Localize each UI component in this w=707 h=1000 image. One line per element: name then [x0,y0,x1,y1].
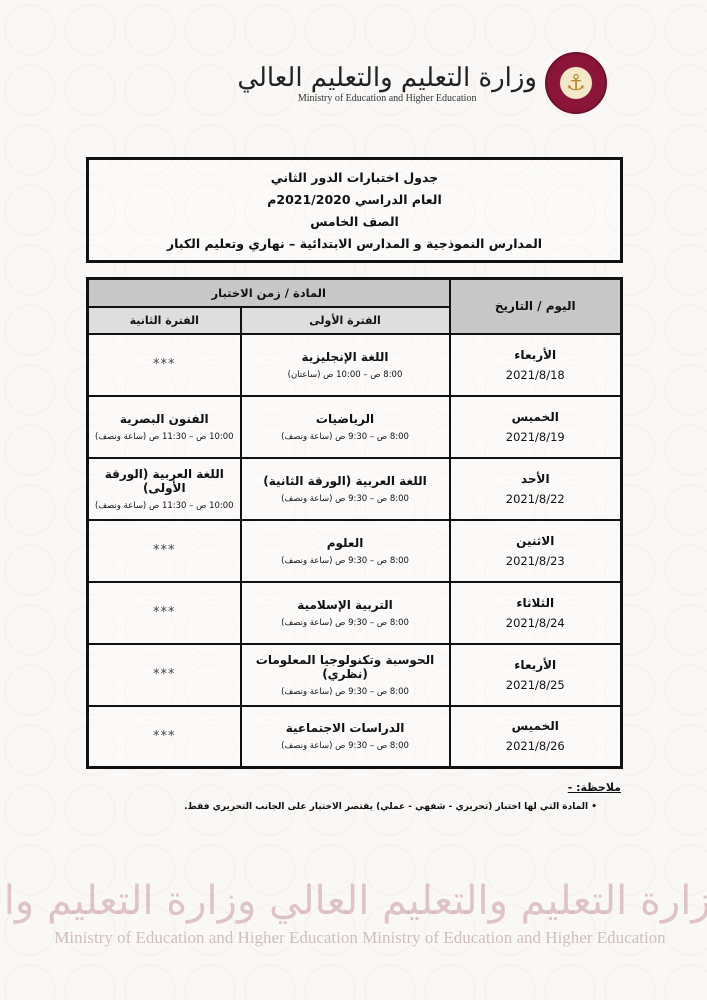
qatar-emblem-icon: ⚓ [545,52,607,114]
period-2-time: 10:00 ص – 11:30 ص (ساعة ونصف) [89,432,240,442]
period-2-subject: الفنون البصرية [89,412,240,426]
table-row: الخميس 2021/8/19 الرياضيات 8:00 ص – 9:30… [88,396,622,458]
period-2-subject: اللغة العربية (الورقة الأولى) [89,467,240,495]
period-1-subject: العلوم [242,536,449,550]
header-period-2: الفترة الثانية [88,307,241,334]
empty-slot: *** [89,729,240,744]
period-1-cell: التربية الإسلامية 8:00 ص – 9:30 ص (ساعة … [241,582,450,644]
exam-date: 2021/8/23 [451,554,621,568]
watermark-arabic: وزارة التعليم والتعليم العالي وزارة التع… [0,878,707,924]
exam-date: 2021/8/22 [451,492,621,506]
title-line-4: المدارس النموذجية و المدارس الابتدائية –… [89,236,620,251]
period-1-cell: العلوم 8:00 ص – 9:30 ص (ساعة ونصف) [241,520,450,582]
day-name: الأربعاء [451,658,621,672]
ministry-name-arabic: وزارة التعليم والتعليم العالي [237,63,537,93]
title-line-3: الصف الخامس [89,214,620,229]
header-subject-time: المادة / زمن الاختبار [88,279,450,307]
period-2-cell: اللغة العربية (الورقة الأولى) 10:00 ص – … [88,458,241,520]
title-line-2: العام الدراسي 2021/2020م [89,192,620,207]
table-row: الخميس 2021/8/26 الدراسات الاجتماعية 8:0… [88,706,622,768]
period-2-cell: *** [88,706,241,768]
period-1-subject: اللغة العربية (الورقة الثانية) [242,474,449,488]
ministry-name: وزارة التعليم والتعليم العالي Ministry o… [237,63,537,104]
period-2-cell: *** [88,334,241,396]
period-1-time: 8:00 ص – 9:30 ص (ساعة ونصف) [242,618,449,628]
day-date-cell: الخميس 2021/8/19 [450,396,622,458]
period-2-cell: الفنون البصرية 10:00 ص – 11:30 ص (ساعة و… [88,396,241,458]
day-date-cell: الثلاثاء 2021/8/24 [450,582,622,644]
table-row: الثلاثاء 2021/8/24 التربية الإسلامية 8:0… [88,582,622,644]
period-1-time: 8:00 ص – 9:30 ص (ساعة ونصف) [242,741,449,751]
period-1-cell: الحوسبة وتكنولوجيا المعلومات (نظري) 8:00… [241,644,450,706]
period-1-subject: الدراسات الاجتماعية [242,721,449,735]
period-1-time: 8:00 ص – 9:30 ص (ساعة ونصف) [242,432,449,442]
period-1-subject: الرياضيات [242,412,449,426]
day-name: الاثنين [451,534,621,548]
ministry-header: وزارة التعليم والتعليم العالي Ministry o… [237,52,607,114]
day-name: الثلاثاء [451,596,621,610]
day-name: الخميس [451,410,621,424]
note-item: • المادة التي لها اختبار (تحريري - شفهي … [184,802,597,812]
period-1-time: 8:00 ص – 9:30 ص (ساعة ونصف) [242,556,449,566]
title-line-1: جدول اختبارات الدور الثاني [89,170,620,185]
period-1-cell: اللغة الإنجليزية 8:00 ص – 10:00 ص (ساعتا… [241,334,450,396]
day-date-cell: الأربعاء 2021/8/25 [450,644,622,706]
period-1-subject: اللغة الإنجليزية [242,350,449,364]
exam-date: 2021/8/19 [451,430,621,444]
day-date-cell: الاثنين 2021/8/23 [450,520,622,582]
period-1-subject: الحوسبة وتكنولوجيا المعلومات (نظري) [242,653,449,681]
exam-date: 2021/8/18 [451,368,621,382]
day-name: الخميس [451,719,621,733]
day-date-cell: الخميس 2021/8/26 [450,706,622,768]
period-1-subject: التربية الإسلامية [242,598,449,612]
period-2-cell: *** [88,582,241,644]
period-2-time: 10:00 ص – 11:30 ص (ساعة ونصف) [89,501,240,511]
period-1-time: 8:00 ص – 9:30 ص (ساعة ونصف) [242,687,449,697]
period-2-cell: *** [88,520,241,582]
exam-date: 2021/8/25 [451,678,621,692]
period-2-cell: *** [88,644,241,706]
header-period-1: الفترة الأولى [241,307,450,334]
empty-slot: *** [89,543,240,558]
exam-date: 2021/8/24 [451,616,621,630]
exam-schedule-table: اليوم / التاريخ المادة / زمن الاختبار ال… [86,277,623,769]
period-1-time: 8:00 ص – 10:00 ص (ساعتان) [242,370,449,380]
empty-slot: *** [89,605,240,620]
schedule-title-box: جدول اختبارات الدور الثاني العام الدراسي… [86,157,623,263]
period-1-cell: الدراسات الاجتماعية 8:00 ص – 9:30 ص (ساع… [241,706,450,768]
ministry-name-english: Ministry of Education and Higher Educati… [237,93,537,104]
day-date-cell: الأربعاء 2021/8/18 [450,334,622,396]
note-item-text: المادة التي لها اختبار (تحريري - شفهي - … [184,802,588,812]
day-date-cell: الأحد 2021/8/22 [450,458,622,520]
table-row: الاثنين 2021/8/23 العلوم 8:00 ص – 9:30 ص… [88,520,622,582]
table-row: الأربعاء 2021/8/18 اللغة الإنجليزية 8:00… [88,334,622,396]
footer-watermark: وزارة التعليم والتعليم العالي وزارة التع… [0,878,707,948]
header-day-date: اليوم / التاريخ [450,279,622,334]
table-row: الأربعاء 2021/8/25 الحوسبة وتكنولوجيا ال… [88,644,622,706]
day-name: الأربعاء [451,348,621,362]
exam-date: 2021/8/26 [451,739,621,753]
empty-slot: *** [89,357,240,372]
period-1-time: 8:00 ص – 9:30 ص (ساعة ونصف) [242,494,449,504]
table-row: الأحد 2021/8/22 اللغة العربية (الورقة ال… [88,458,622,520]
period-1-cell: اللغة العربية (الورقة الثانية) 8:00 ص – … [241,458,450,520]
period-1-cell: الرياضيات 8:00 ص – 9:30 ص (ساعة ونصف) [241,396,450,458]
watermark-english: Ministry of Education and Higher Educati… [0,928,707,948]
note-title: ملاحظة: - [568,781,621,794]
empty-slot: *** [89,667,240,682]
day-name: الأحد [451,472,621,486]
